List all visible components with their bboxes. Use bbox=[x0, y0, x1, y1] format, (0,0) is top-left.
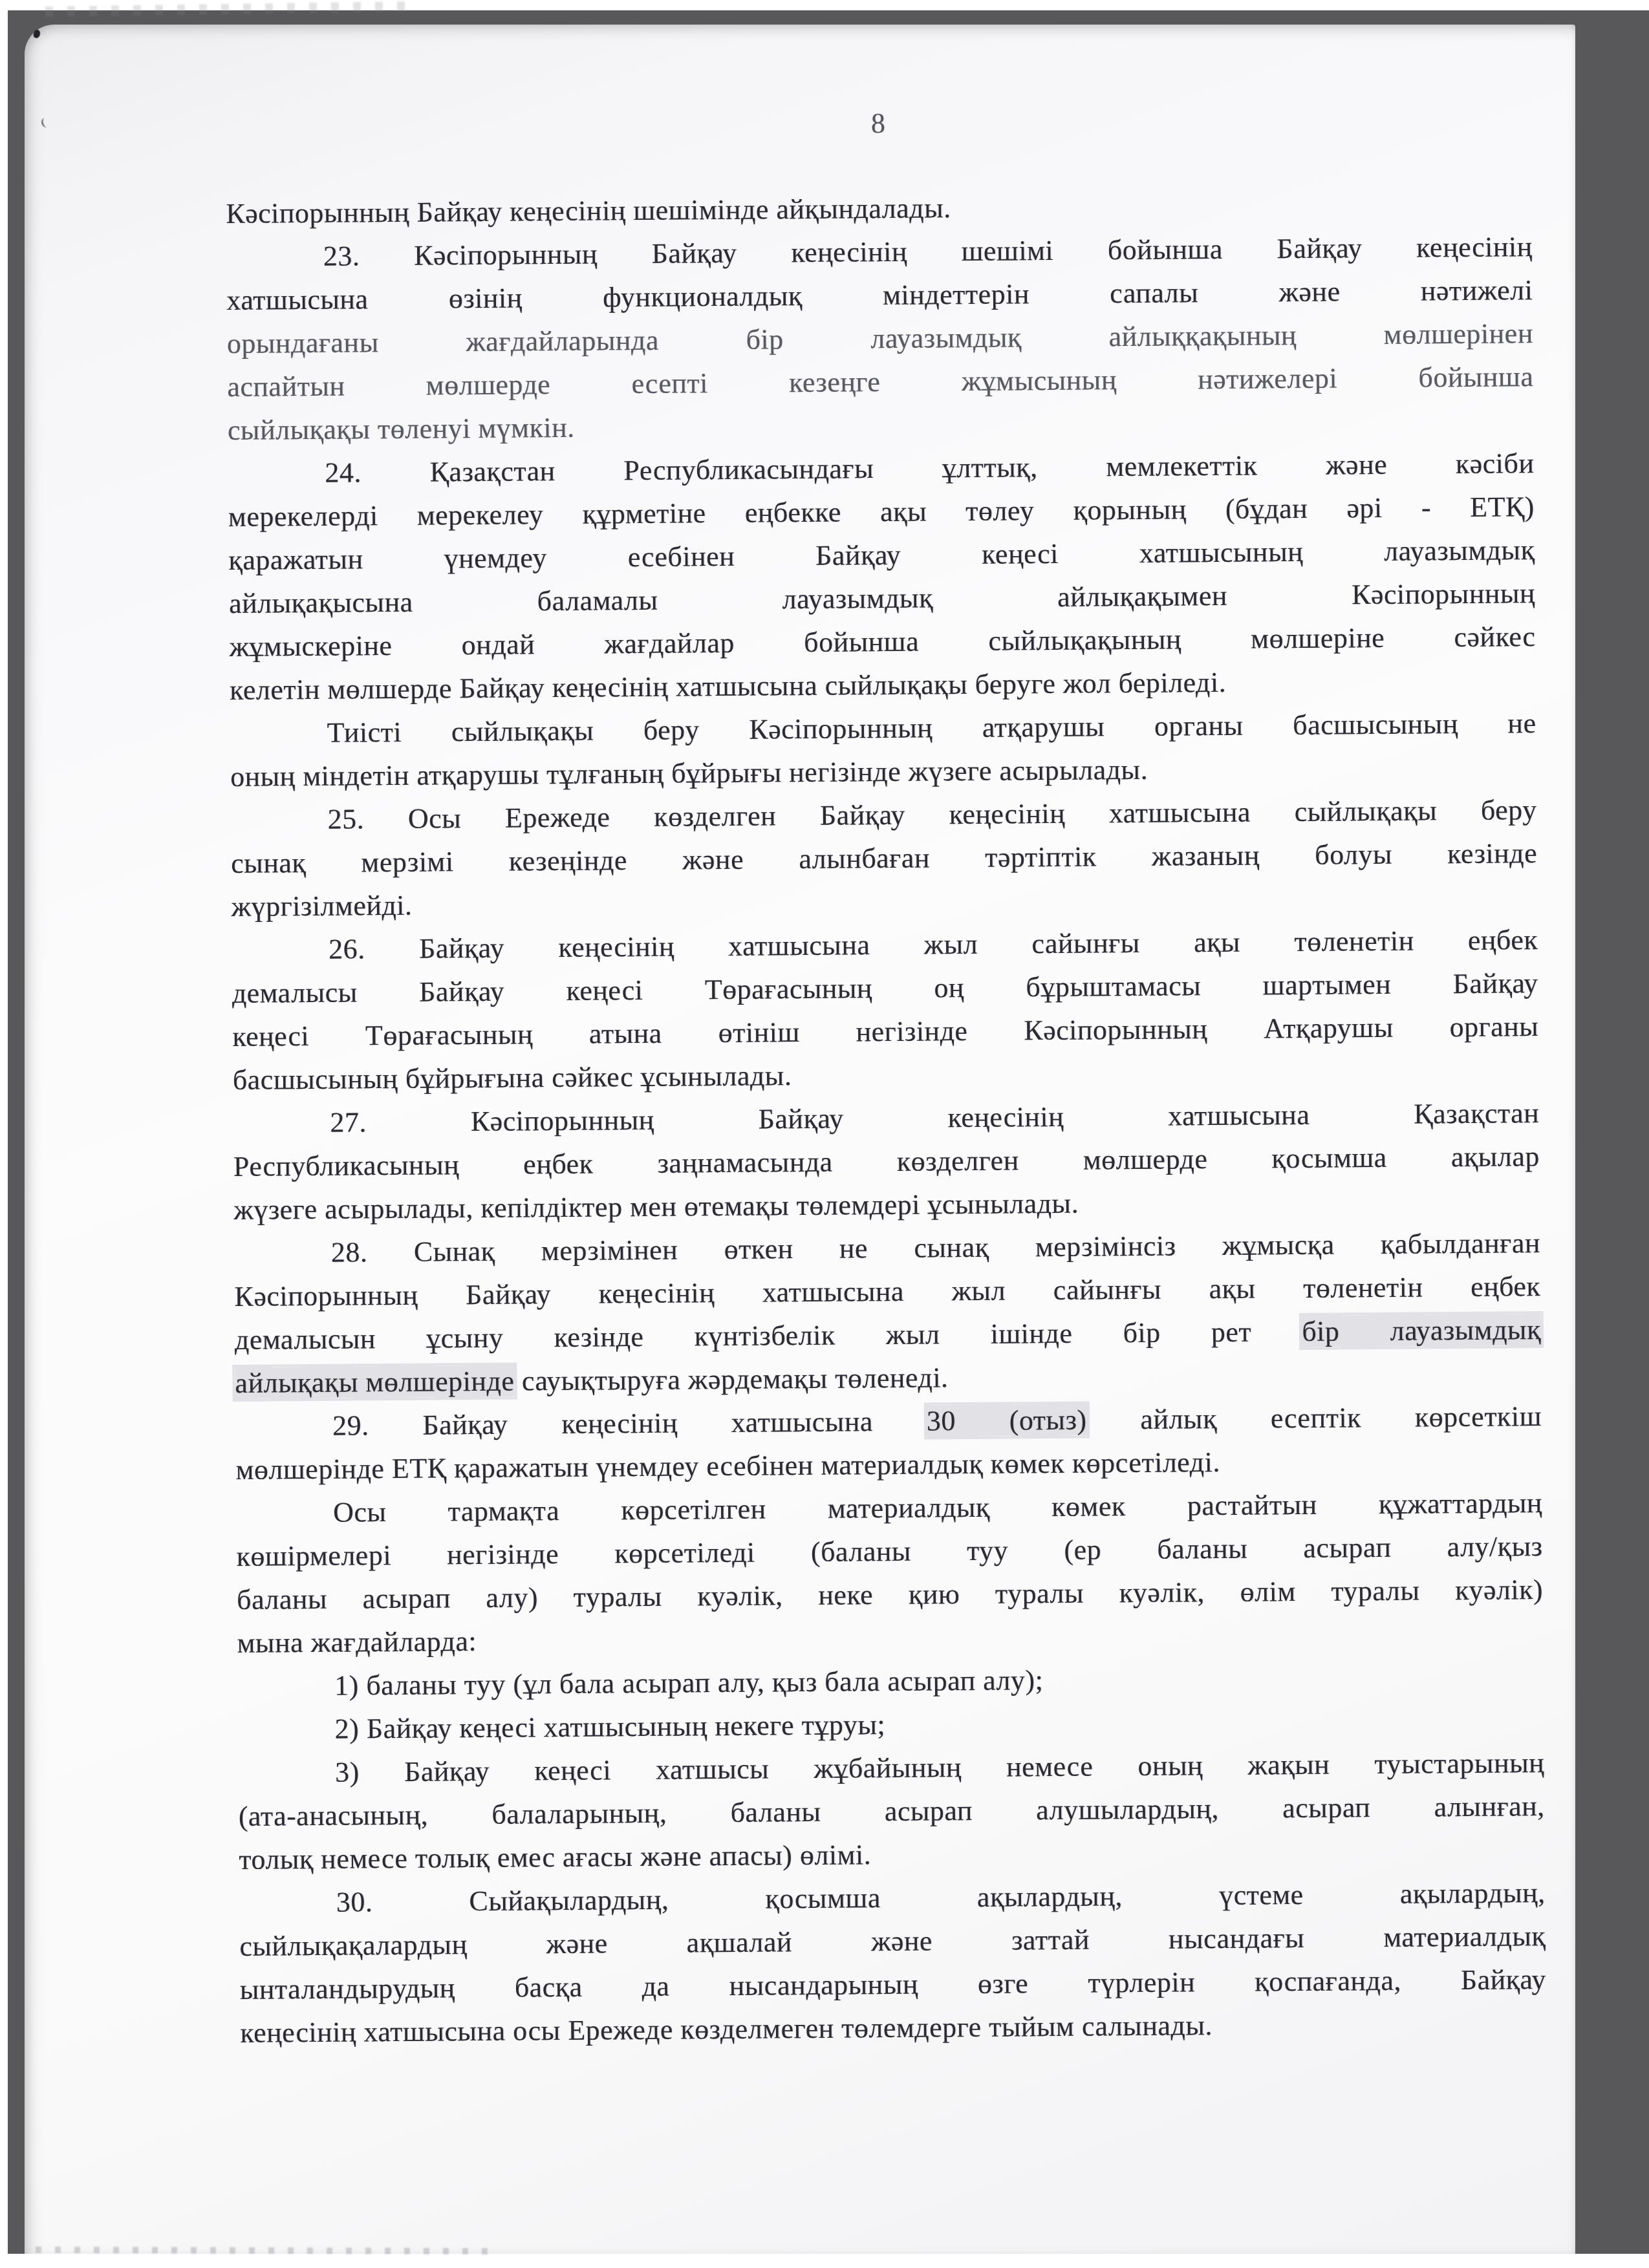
highlight-mark: бір лауазымдық bbox=[1302, 1314, 1541, 1347]
scan-image: 8 Кәсіпорынның Байқау кеңесінің шешімінд… bbox=[0, 0, 1649, 2268]
highlight-mark: 30 (отыз) bbox=[927, 1404, 1087, 1437]
text-segment: демалысын ұсыну кезінде күнтізбелік жыл … bbox=[235, 1316, 1302, 1356]
page-number: 8 bbox=[225, 96, 1531, 150]
text-segment: сауықтыруға жәрдемақы төленеді. bbox=[514, 1362, 949, 1396]
text-segment: 29. Байқау кеңесінің хатшысына bbox=[332, 1406, 927, 1442]
scanned-page: 8 Кәсіпорынның Байқау кеңесінің шешімінд… bbox=[25, 25, 1575, 2254]
page-content: 8 Кәсіпорынның Байқау кеңесінің шешімінд… bbox=[225, 96, 1547, 2055]
highlight-mark: айлықақы мөлшерінде bbox=[235, 1365, 514, 1399]
text-lines: Кәсіпорынның Байқау кеңесінің шешімінде … bbox=[226, 182, 1547, 2055]
text-segment: айлық есептік көрсеткіш bbox=[1086, 1400, 1542, 1436]
